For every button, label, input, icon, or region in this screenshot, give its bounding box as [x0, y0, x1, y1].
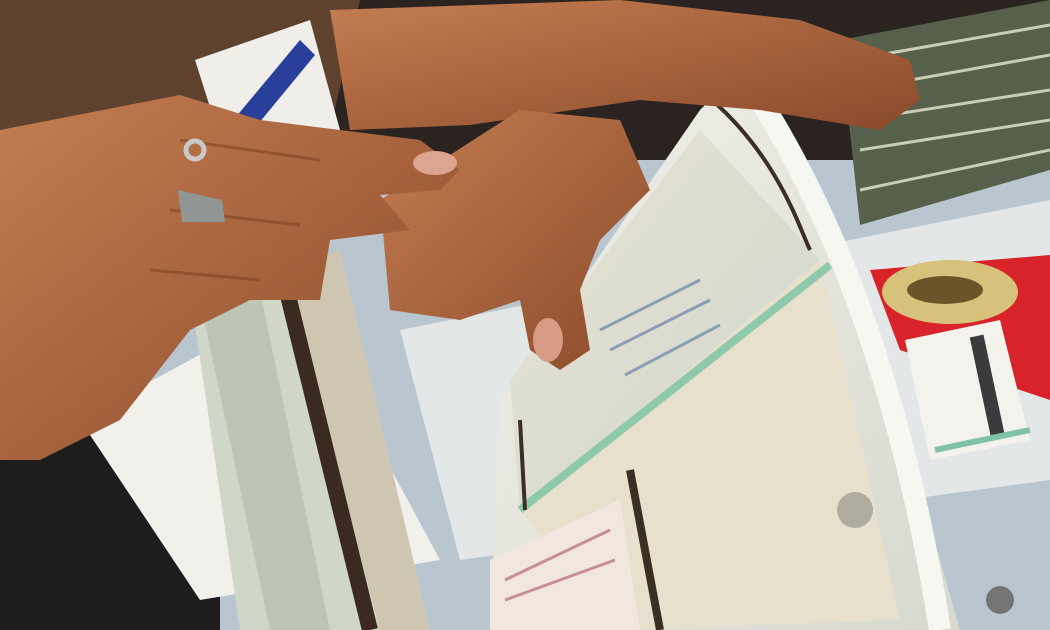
index-fingernail [413, 151, 457, 175]
photo-illustration [0, 0, 1050, 630]
photo-scene: Close-up photograph of hands counting an… [0, 0, 1050, 630]
right-thumbnail [533, 318, 563, 362]
